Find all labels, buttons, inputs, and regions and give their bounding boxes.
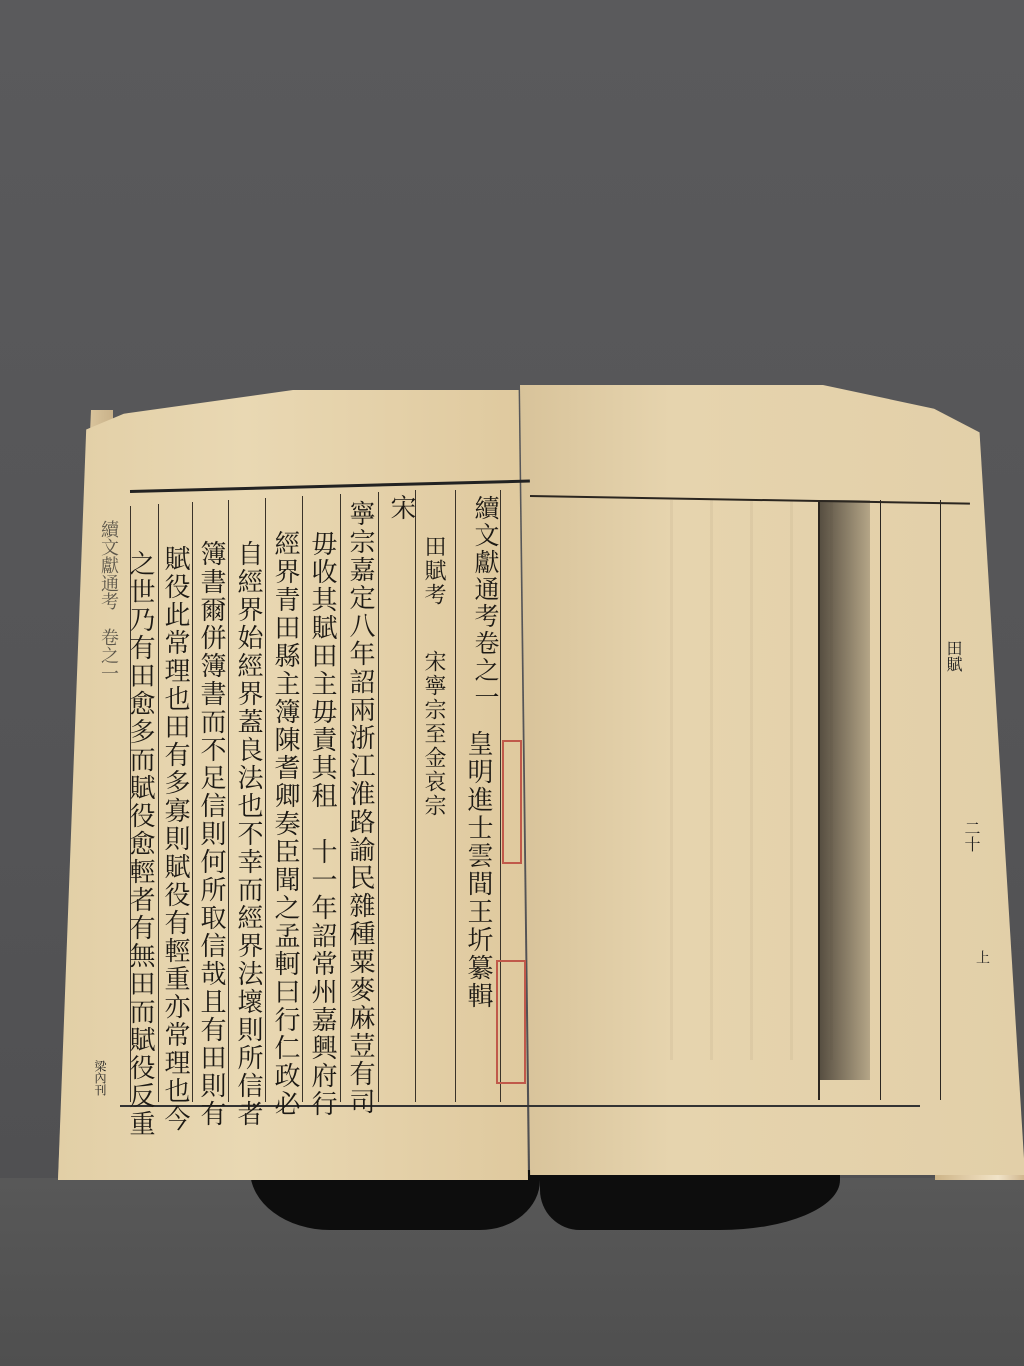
text-column-3: 經界青田縣主簿陳耆卿奏臣聞之孟軻曰行仁政必 [270, 530, 300, 1118]
column-rule [302, 496, 303, 1102]
section-title: 田賦考 [420, 535, 446, 607]
text-column-7: 之世乃有田愈多而賦役愈輕者有無田而賦役反重 [125, 550, 155, 1138]
column-rule [340, 494, 341, 1102]
text-column-5: 簿書爾併簿書而不足信則何所取信哉且有田則有 [196, 540, 226, 1128]
text-column-4: 自經界始經界蓋良法也不幸而經界法壞則所信者 [233, 540, 263, 1128]
column-rule [158, 504, 159, 1102]
column-rule [265, 498, 266, 1102]
book-title-column: 續文獻通考卷之一 [470, 495, 500, 711]
right-frame-vertical-rule [940, 500, 941, 1100]
right-margin-title: 田賦 [942, 640, 965, 672]
author-column: 皇明進士雲間王圻纂輯 [463, 730, 493, 1010]
collector-seal-upper [502, 740, 522, 864]
column-rule [228, 500, 229, 1102]
column-rule [415, 490, 416, 1102]
column-rule [455, 490, 456, 1102]
right-frame-vertical-rule [818, 500, 820, 1100]
collector-seal-lower [496, 960, 526, 1084]
ink-smudge [820, 500, 870, 1080]
left-margin-bottom: 梁內刊 [92, 1060, 109, 1096]
column-rule [192, 502, 193, 1102]
right-margin-page-number: 二十 [960, 820, 983, 852]
right-frame-vertical-rule [880, 500, 881, 1100]
dynasty-heading: 宋 [386, 494, 416, 522]
text-column-6: 賦役此常理也田有多寡則賦役有輕重亦常理也今 [160, 545, 190, 1133]
right-margin-bottom: 上 [972, 950, 992, 964]
section-range: 宋寧宗至金哀宗 [420, 650, 446, 818]
left-margin-title: 續文獻通考 卷之一 [95, 520, 121, 682]
text-column-1: 寧宗嘉定八年詔兩浙江淮路諭民雜種粟麥麻荳有司 [345, 500, 375, 1116]
text-column-2: 毋收其賦田主毋責其租 十一年詔常州嘉興府行 [307, 530, 337, 1118]
column-rule [378, 492, 379, 1102]
